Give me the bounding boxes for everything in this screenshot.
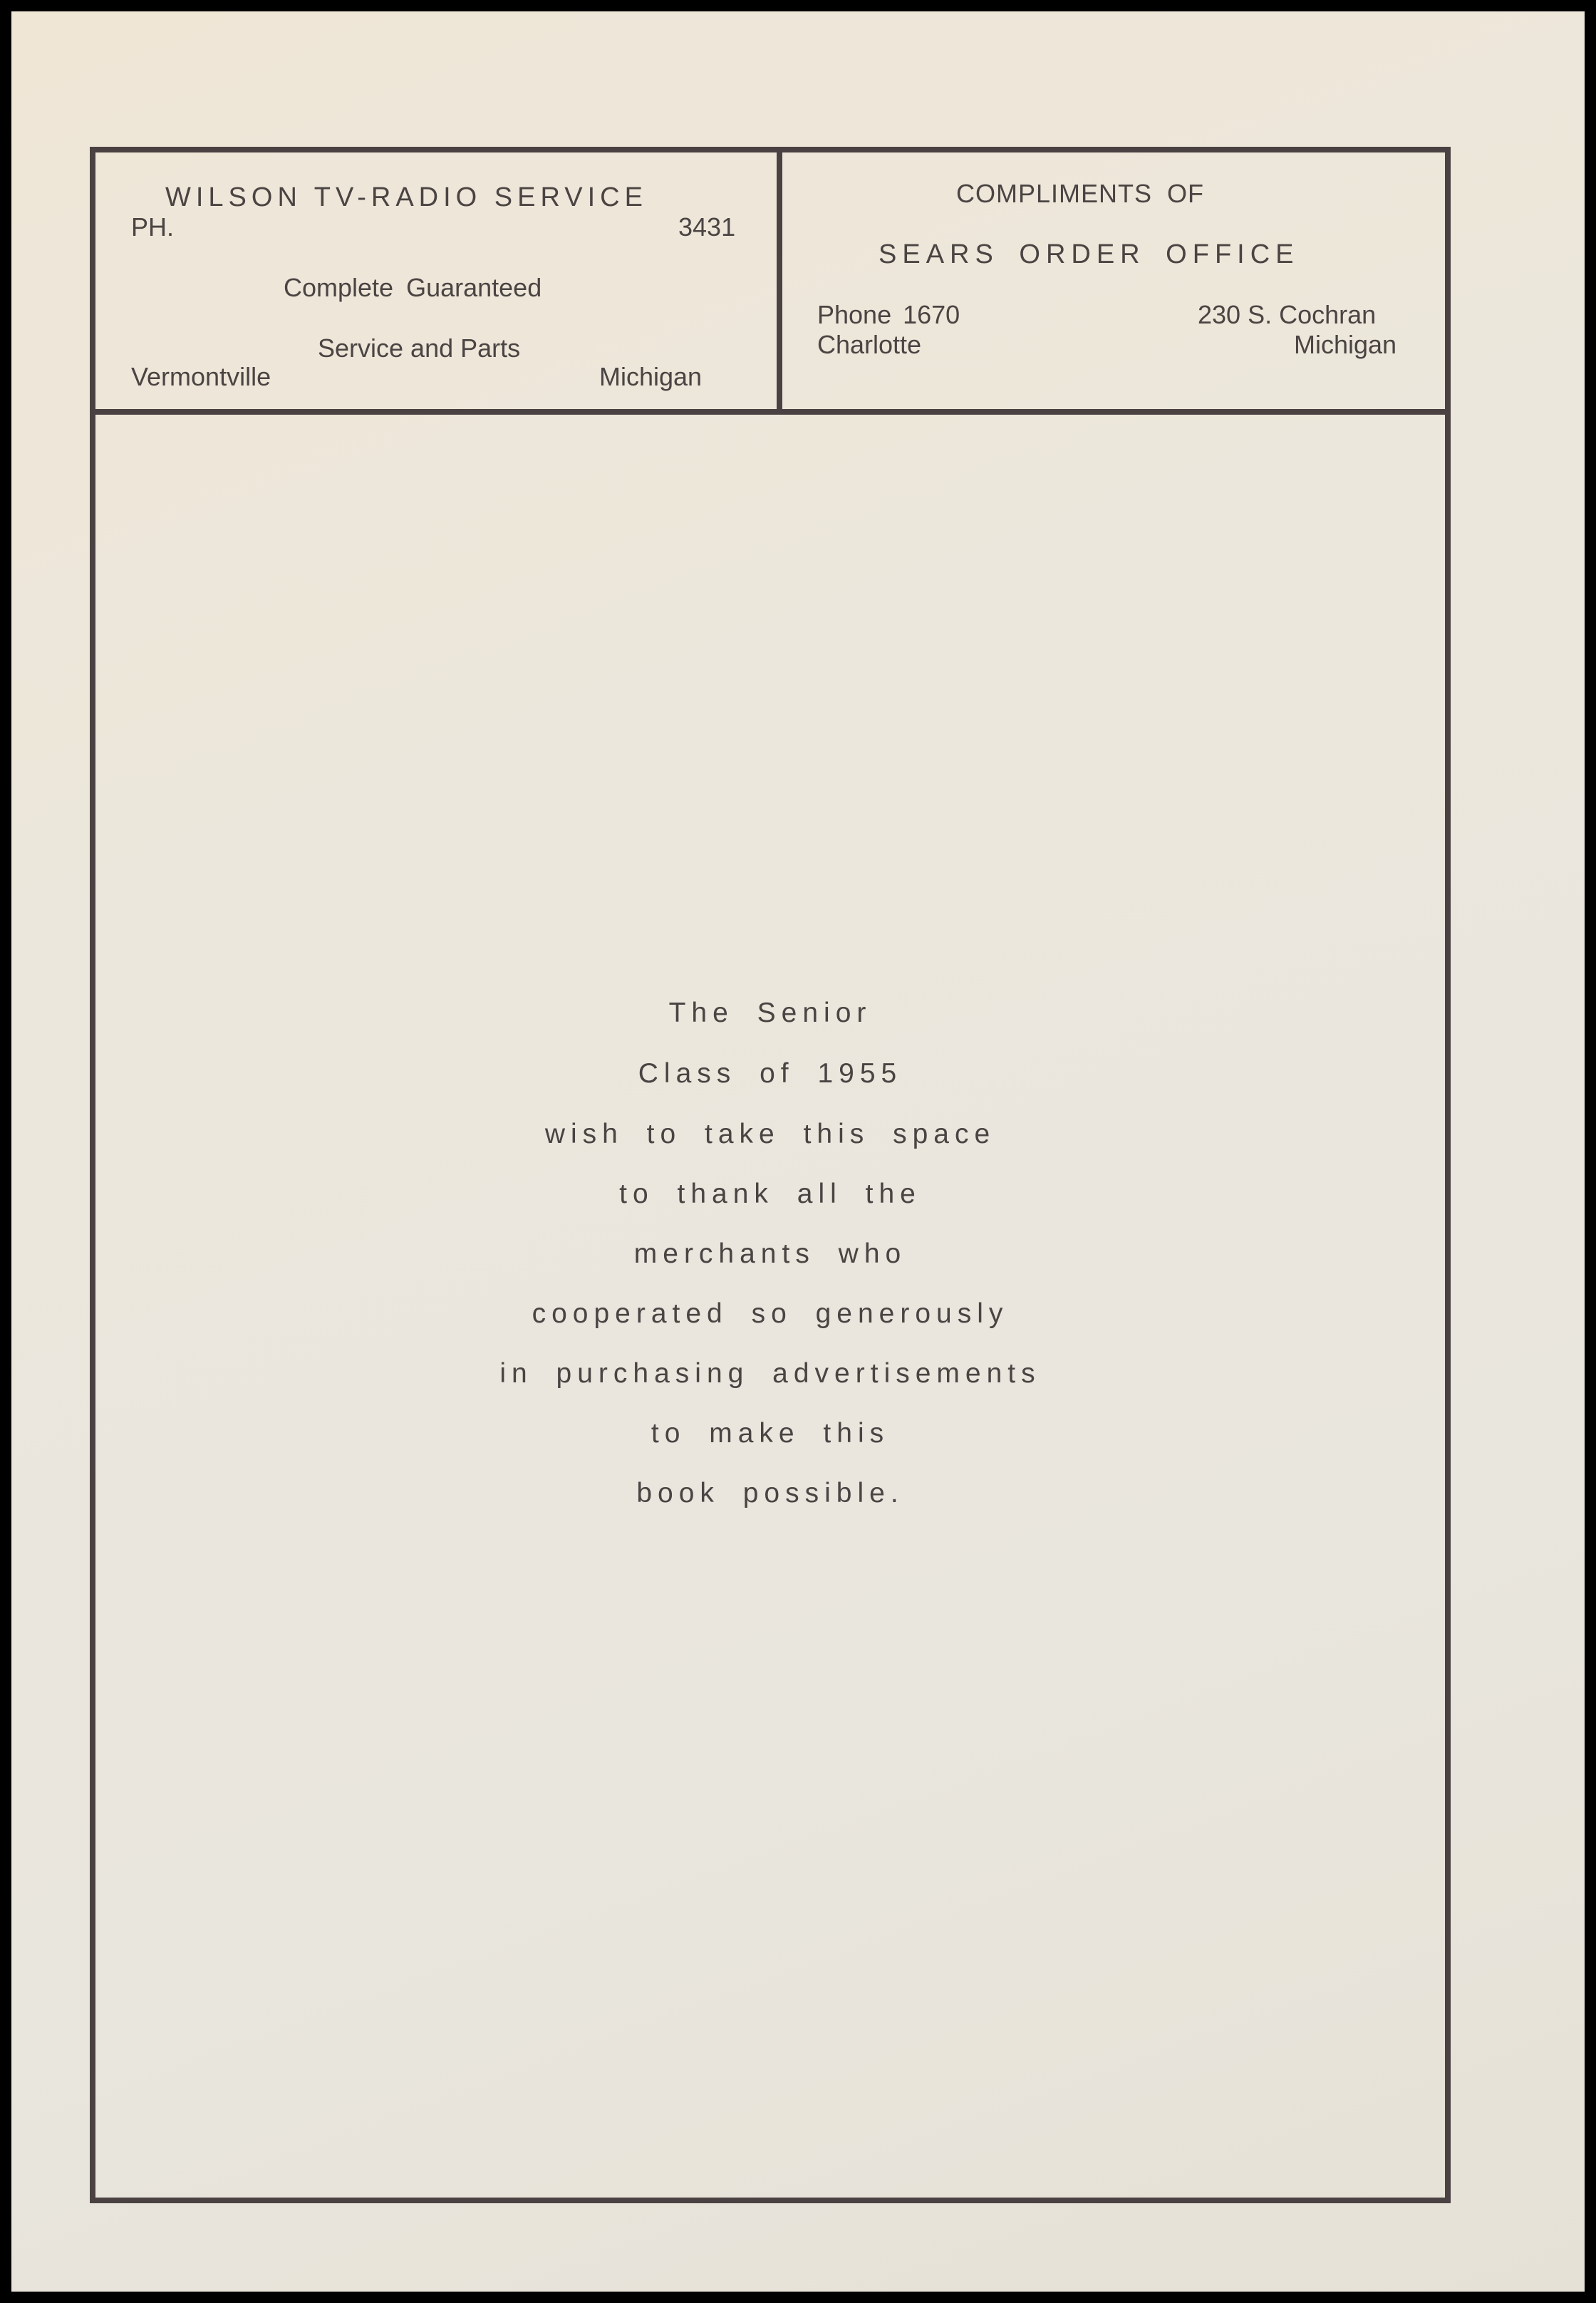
message-line: cooperated so generously xyxy=(90,1300,1451,1328)
sears-address: 230 S. Cochran xyxy=(1198,302,1376,328)
message-line: to thank all the xyxy=(90,1180,1451,1208)
wilson-city: Vermontville xyxy=(131,364,271,390)
message-line: The Senior xyxy=(90,999,1451,1027)
message-line: wish to take this space xyxy=(90,1120,1451,1148)
page-border-box xyxy=(90,147,1451,2203)
message-line: to make this xyxy=(90,1419,1451,1447)
wilson-tagline-2: Service and Parts xyxy=(318,336,520,361)
sears-phone: Phone 1670 xyxy=(817,302,960,328)
wilson-phone-number: 3431 xyxy=(678,214,735,240)
wilson-tagline-1: Complete Guaranteed xyxy=(284,275,541,301)
wilson-ad-title: WILSON TV-RADIO SERVICE xyxy=(165,184,648,211)
message-line: Class of 1955 xyxy=(90,1060,1451,1087)
header-divider-line xyxy=(90,409,1451,415)
message-line: book possible. xyxy=(90,1479,1451,1507)
wilson-state: Michigan xyxy=(599,364,702,390)
wilson-phone-label: PH. xyxy=(131,214,174,240)
sears-state: Michigan xyxy=(1294,332,1396,358)
sears-compliments: COMPLIMENTS OF xyxy=(956,181,1204,207)
ad-column-divider xyxy=(777,147,782,413)
message-line: in purchasing advertisements xyxy=(90,1360,1451,1387)
sears-name: SEARS ORDER OFFICE xyxy=(879,241,1300,268)
yearbook-page: WILSON TV-RADIO SERVICE PH. 3431 Complet… xyxy=(11,11,1585,2292)
sears-city: Charlotte xyxy=(817,332,921,358)
message-line: merchants who xyxy=(90,1240,1451,1268)
